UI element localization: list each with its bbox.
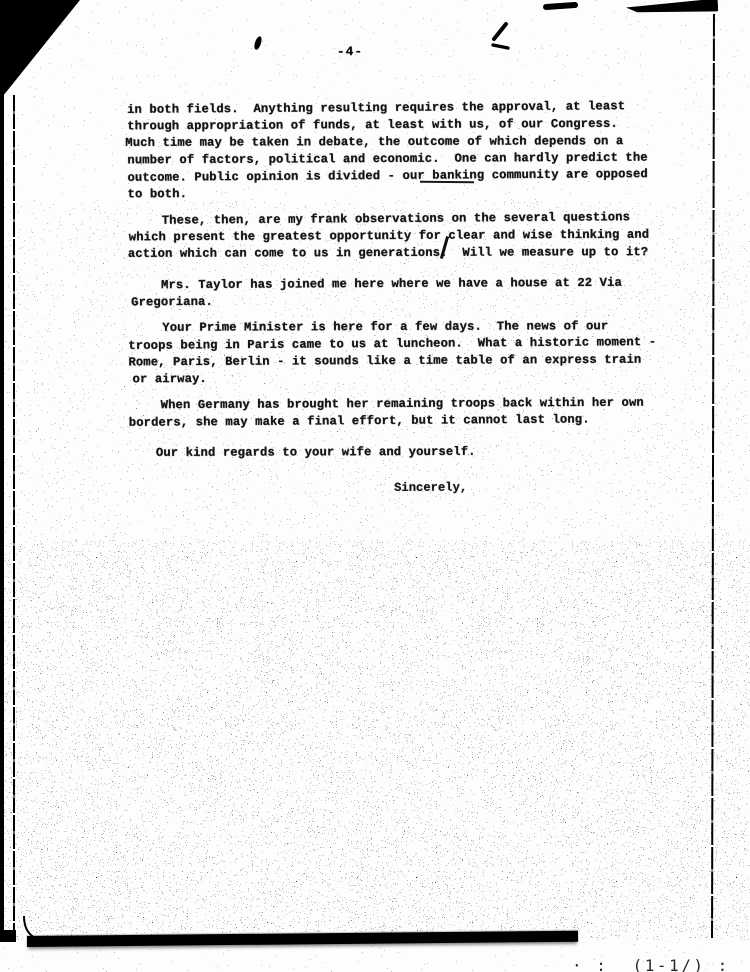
letter-line: or airway. xyxy=(132,371,206,388)
bottom-cutoff-handwriting: · : (1-1/) : | | xyxy=(572,956,750,972)
letter-line: Gregoriana. xyxy=(131,294,213,312)
banking-underline-mark xyxy=(420,181,474,183)
page-number: -4- xyxy=(337,44,363,59)
letter-line: Mrs. Taylor has joined me here where we … xyxy=(161,275,622,294)
letter-line: through appropriation of funds, at least… xyxy=(127,116,618,136)
letter-line: Our kind regards to your wife and yourse… xyxy=(156,444,476,462)
scan-left-edge-line xyxy=(13,95,15,940)
letter-line: Much time may be taken in debate, the ou… xyxy=(125,133,623,152)
letter-body: in both fields. Anything resulting requi… xyxy=(0,0,750,972)
scanned-letter-page: in both fields. Anything resulting requi… xyxy=(0,0,750,972)
letter-line: action which can come to us in generatio… xyxy=(128,244,648,263)
letter-line: Rome, Paris, Berlin - it sounds like a t… xyxy=(128,352,641,372)
letter-line: to both. xyxy=(128,186,188,203)
scan-left-edge xyxy=(0,90,4,942)
scan-bottom-left-mark xyxy=(0,930,16,942)
letter-line: outcome. Public opinion is divided - our… xyxy=(127,166,647,187)
letter-closing: Sincerely, xyxy=(394,481,467,495)
letter-line: borders, she may make a final effort, bu… xyxy=(129,411,590,431)
